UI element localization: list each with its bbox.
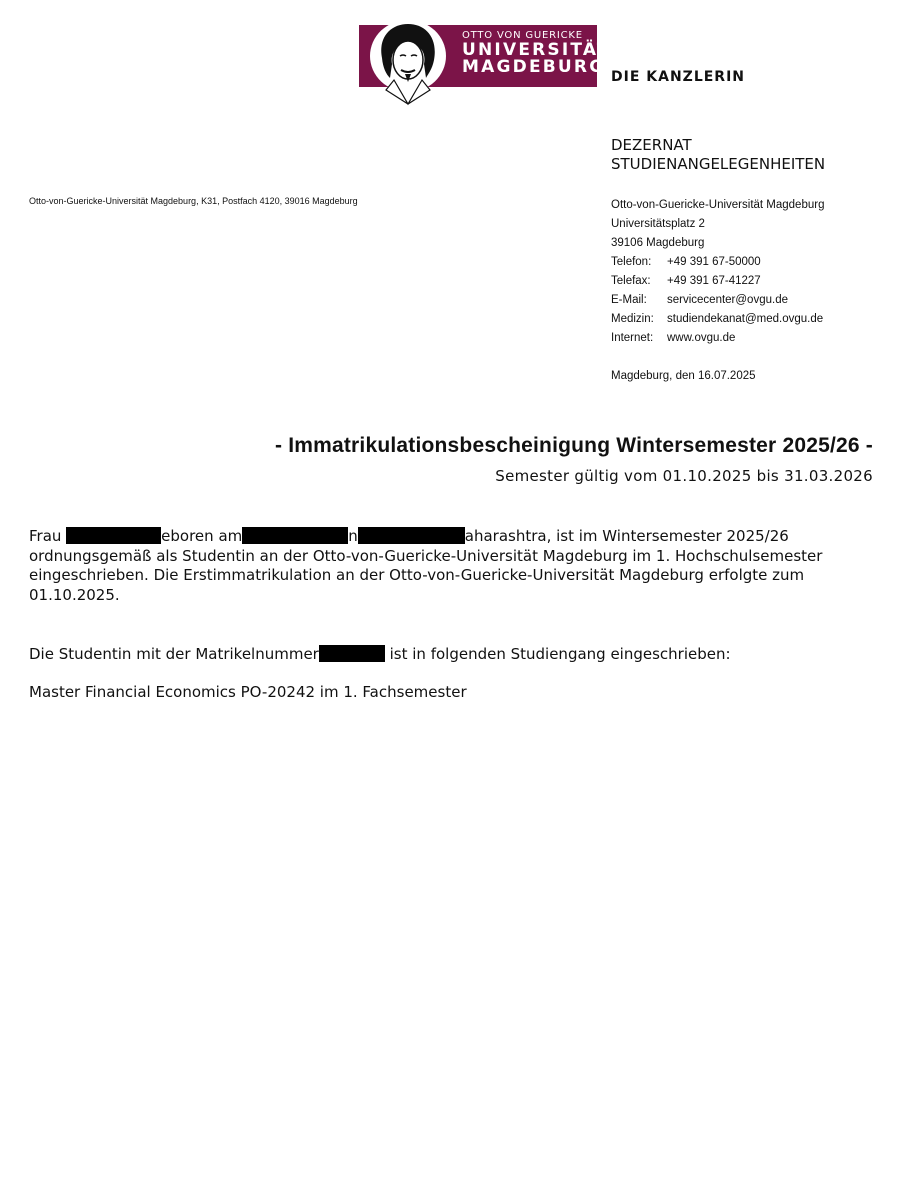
semester-validity: Semester gültig vom 01.10.2025 bis 31.03… [495, 467, 873, 485]
contact-value: +49 391 67-41227 [667, 272, 761, 291]
medicine-email-link[interactable]: studiendekanat@med.ovgu.de [667, 310, 823, 329]
redacted-birthdate [242, 527, 348, 544]
text-fragment: n [348, 527, 358, 545]
office-heading: DIE KANZLERIN [611, 69, 745, 85]
contact-row-fax: Telefax:+49 391 67-41227 [611, 272, 824, 291]
contact-value: +49 391 67-50000 [667, 253, 761, 272]
sender-address-line: Otto-von-Guericke-Universität Magdeburg,… [29, 196, 358, 206]
contact-label: Medizin: [611, 310, 667, 329]
email-link[interactable]: servicecenter@ovgu.de [667, 291, 788, 310]
text-fragment: eboren am [161, 527, 242, 545]
portrait-otto-von-guericke-icon [368, 18, 448, 106]
contact-row-internet: Internet:www.ovgu.de [611, 329, 824, 348]
redacted-name [66, 527, 161, 544]
document-title: - Immatrikulationsbescheinigung Winterse… [275, 434, 873, 458]
contact-street: Universitätsplatz 2 [611, 215, 824, 234]
text-fragment: ist in folgenden Studiengang eingeschrie… [385, 645, 731, 663]
contact-row-email: E-Mail:servicecenter@ovgu.de [611, 291, 824, 310]
redacted-matriculation-number [319, 645, 385, 662]
contact-institution: Otto-von-Guericke-Universität Magdeburg [611, 196, 824, 215]
website-link[interactable]: www.ovgu.de [667, 329, 735, 348]
document-date: Magdeburg, den 16.07.2025 [611, 367, 824, 386]
department-heading: DEZERNAT STUDIENANGELEGENHEITEN [611, 136, 825, 174]
contact-row-medicine: Medizin:studiendekanat@med.ovgu.de [611, 310, 824, 329]
contact-label: E-Mail: [611, 291, 667, 310]
text-fragment: Die Studentin mit der Matrikelnummer [29, 645, 319, 663]
matriculation-statement: Die Studentin mit der Matrikelnummer ist… [29, 645, 879, 665]
contact-block: Otto-von-Guericke-Universität Magdeburg … [611, 196, 824, 386]
contact-city: 39106 Magdeburg [611, 234, 824, 253]
logo-line-3: MAGDEBURG [462, 59, 611, 76]
contact-row-phone: Telefon:+49 391 67-50000 [611, 253, 824, 272]
university-logo-text: OTTO VON GUERICKE UNIVERSITÄT MAGDEBURG [462, 30, 611, 76]
contact-label: Telefax: [611, 272, 667, 291]
contact-label: Telefon: [611, 253, 667, 272]
text-fragment: Frau [29, 527, 66, 545]
department-line-2: STUDIENANGELEGENHEITEN [611, 155, 825, 174]
study-program: Master Financial Economics PO-20242 im 1… [29, 683, 879, 703]
enrollment-statement: Frau eboren amnaharashtra, ist im Winter… [29, 527, 879, 605]
redacted-birthplace [358, 527, 465, 544]
department-line-1: DEZERNAT [611, 136, 825, 155]
contact-label: Internet: [611, 329, 667, 348]
